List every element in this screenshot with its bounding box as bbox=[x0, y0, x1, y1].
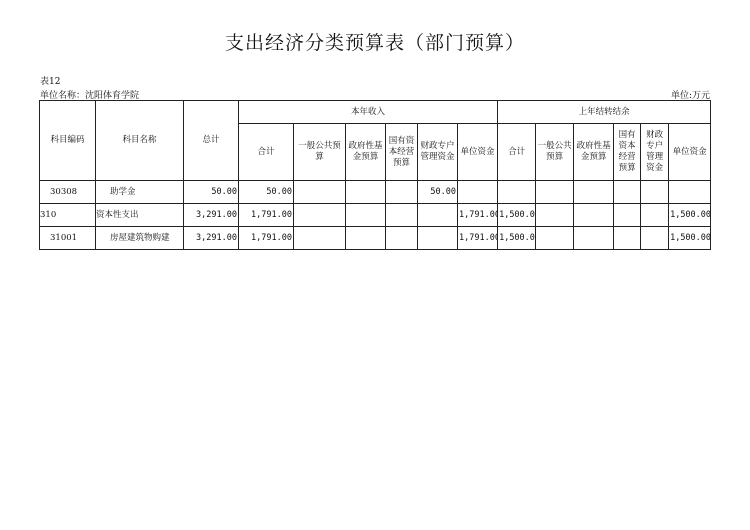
cell-carry-sum bbox=[498, 181, 536, 204]
cell-cur-state-capital bbox=[386, 227, 418, 250]
cell-cur-special-account bbox=[418, 204, 458, 227]
table-number: 表12 bbox=[40, 74, 60, 87]
cell-total: 3,291.00 bbox=[184, 204, 239, 227]
header-cur-state-capital: 国有资本经营预算 bbox=[386, 124, 418, 181]
table-row: 31001 房屋建筑物购建 3,291.00 1,791.00 1,791.00… bbox=[40, 227, 711, 250]
cell-carry-general bbox=[536, 181, 574, 204]
header-carry-sum: 合计 bbox=[498, 124, 536, 181]
cell-total: 3,291.00 bbox=[184, 227, 239, 250]
page-title: 支出经济分类预算表（部门预算） bbox=[0, 28, 750, 55]
header-name: 科目名称 bbox=[96, 101, 184, 181]
cell-carry-special-account bbox=[641, 181, 669, 204]
cell-carry-state-capital bbox=[614, 227, 641, 250]
cell-cur-general bbox=[294, 204, 346, 227]
cell-carry-unit-funds: 1,500.00 bbox=[669, 204, 711, 227]
header-cur-sum: 合计 bbox=[239, 124, 294, 181]
cell-carry-special-account bbox=[641, 227, 669, 250]
cell-cur-sum: 1,791.00 bbox=[239, 227, 294, 250]
cell-cur-sum: 1,791.00 bbox=[239, 204, 294, 227]
cell-carry-general bbox=[536, 204, 574, 227]
cell-name: 资本性支出 bbox=[96, 204, 184, 227]
header-code: 科目编码 bbox=[40, 101, 96, 181]
header-total: 总计 bbox=[184, 101, 239, 181]
header-cur-general: 一般公共预算 bbox=[294, 124, 346, 181]
cell-code: 31001 bbox=[40, 227, 96, 250]
cell-cur-general bbox=[294, 227, 346, 250]
cell-cur-sum: 50.00 bbox=[239, 181, 294, 204]
cell-cur-unit-funds: 1,791.00 bbox=[458, 227, 498, 250]
cell-name: 助学金 bbox=[96, 181, 184, 204]
cell-cur-special-account bbox=[418, 227, 458, 250]
cell-cur-state-capital bbox=[386, 181, 418, 204]
cell-cur-fund bbox=[346, 181, 386, 204]
header-carry-general: 一般公共预算 bbox=[536, 124, 574, 181]
cell-carry-fund bbox=[574, 227, 614, 250]
cell-carry-fund bbox=[574, 204, 614, 227]
header-cur-unit-funds: 单位资金 bbox=[458, 124, 498, 181]
header-carry-unit-funds: 单位资金 bbox=[669, 124, 711, 181]
table-row: 310 资本性支出 3,291.00 1,791.00 1,791.00 1,5… bbox=[40, 204, 711, 227]
cell-carry-fund bbox=[574, 181, 614, 204]
header-carry-fund: 政府性基金预算 bbox=[574, 124, 614, 181]
cell-carry-special-account bbox=[641, 204, 669, 227]
header-carry-special-account: 财政专户管理资金 bbox=[641, 124, 669, 181]
cell-carry-sum: 1,500.00 bbox=[498, 227, 536, 250]
cell-carry-state-capital bbox=[614, 204, 641, 227]
cell-carry-state-capital bbox=[614, 181, 641, 204]
cell-cur-fund bbox=[346, 227, 386, 250]
cell-total: 50.00 bbox=[184, 181, 239, 204]
cell-cur-general bbox=[294, 181, 346, 204]
header-carryover: 上年结转结余 bbox=[498, 101, 711, 124]
budget-table: 科目编码 科目名称 总计 本年收入 上年结转结余 合计 一般公共预算 政府性基金… bbox=[39, 100, 711, 250]
cell-cur-state-capital bbox=[386, 204, 418, 227]
cell-code: 310 bbox=[40, 204, 96, 227]
cell-name: 房屋建筑物购建 bbox=[96, 227, 184, 250]
table-row: 30308 助学金 50.00 50.00 50.00 bbox=[40, 181, 711, 204]
header-cur-special-account: 财政专户管理资金 bbox=[418, 124, 458, 181]
cell-carry-general bbox=[536, 227, 574, 250]
cell-carry-unit-funds bbox=[669, 181, 711, 204]
cell-carry-unit-funds: 1,500.00 bbox=[669, 227, 711, 250]
header-current-year: 本年收入 bbox=[239, 101, 498, 124]
cell-cur-unit-funds: 1,791.00 bbox=[458, 204, 498, 227]
cell-cur-fund bbox=[346, 204, 386, 227]
cell-cur-unit-funds bbox=[458, 181, 498, 204]
cell-carry-sum: 1,500.00 bbox=[498, 204, 536, 227]
header-carry-state-capital: 国有资本经营预算 bbox=[614, 124, 641, 181]
header-cur-fund: 政府性基金预算 bbox=[346, 124, 386, 181]
cell-code: 30308 bbox=[40, 181, 96, 204]
cell-cur-special-account: 50.00 bbox=[418, 181, 458, 204]
